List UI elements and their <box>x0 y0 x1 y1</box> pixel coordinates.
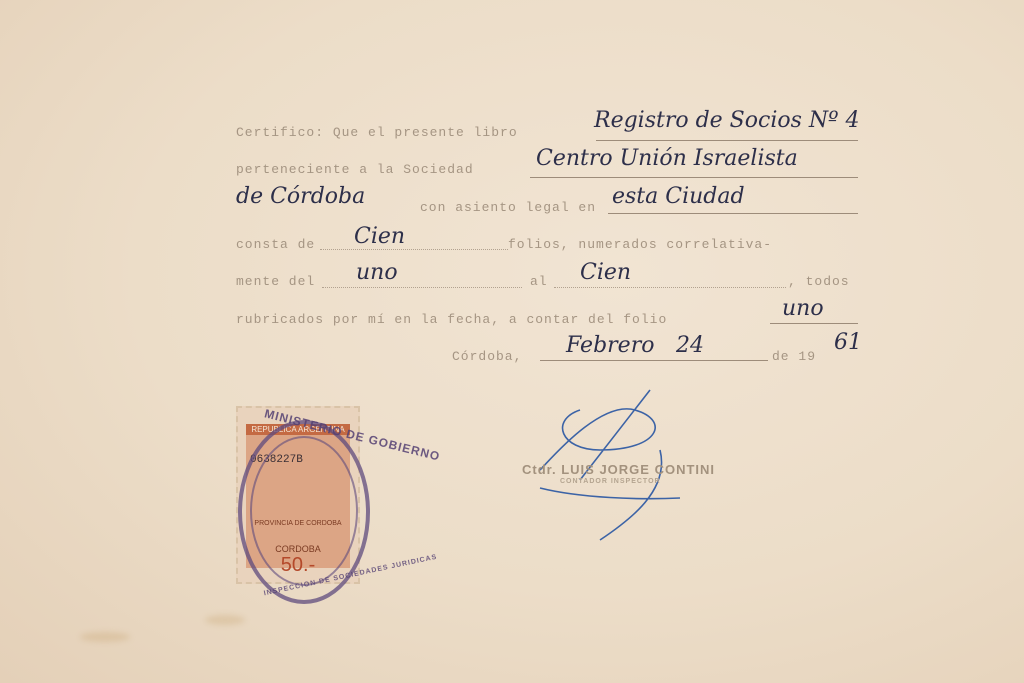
signatory-name: Ctdr. LUIS JORGE CONTINI <box>522 462 715 477</box>
fill-line <box>554 286 786 288</box>
handwritten-text: Centro Unión Israelista <box>536 146 798 171</box>
paper-stain <box>80 632 130 642</box>
typed-text: con asiento legal en <box>420 200 596 215</box>
fill-line <box>596 140 858 141</box>
typed-text: de 19 <box>772 349 816 364</box>
handwritten-text: uno <box>782 296 824 321</box>
handwritten-text: de Córdoba <box>236 184 365 209</box>
typed-text: perteneciente a la Sociedad <box>236 162 474 177</box>
handwritten-text: Febrero <box>566 333 654 358</box>
handwritten-text: 61 <box>834 330 862 355</box>
typed-text: rubricados por mí en la fecha, a contar … <box>236 312 667 327</box>
fill-line <box>608 213 858 214</box>
handwritten-text: esta Ciudad <box>612 184 745 209</box>
fill-line <box>540 360 768 361</box>
handwritten-text: Cien <box>580 260 631 285</box>
typed-text: Certifico: Que el presente libro <box>236 125 518 140</box>
fill-line <box>320 248 508 250</box>
handwritten-text: 24 <box>676 333 704 358</box>
fill-line <box>530 177 858 178</box>
typed-text: consta de <box>236 237 315 252</box>
paper-stain <box>205 615 245 625</box>
typed-text: mente del <box>236 274 315 289</box>
handwritten-text: Registro de Socios Nº 4 <box>594 108 859 133</box>
official-seal-inner-ring <box>250 436 358 586</box>
handwritten-text: Cien <box>354 224 405 249</box>
handwritten-text: uno <box>356 260 398 285</box>
fill-line <box>322 286 522 288</box>
typed-text: , todos <box>788 274 850 289</box>
typed-text: Córdoba, <box>452 349 522 364</box>
fill-line <box>770 323 858 324</box>
typed-text: al <box>530 274 548 289</box>
typed-text: folios, numerados correlativa- <box>508 237 772 252</box>
signatory-title: CONTADOR INSPECTOR <box>560 478 661 485</box>
